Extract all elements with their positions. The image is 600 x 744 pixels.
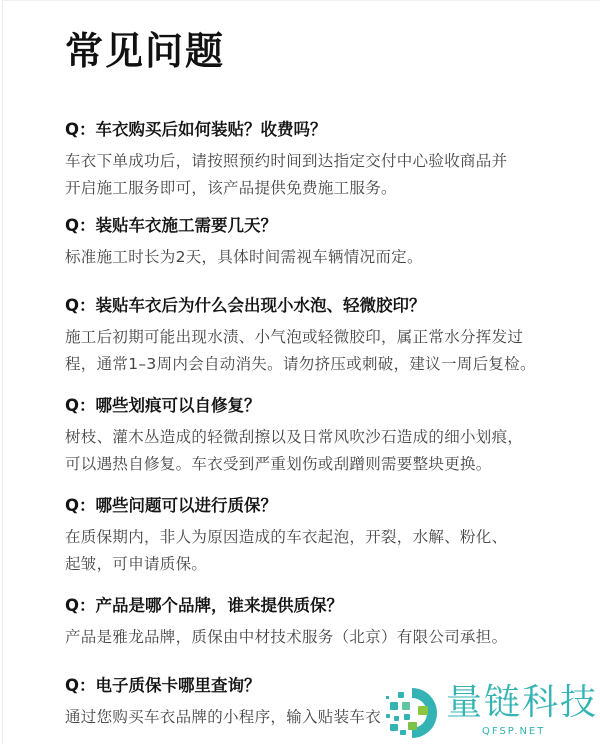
- faq-answer-line: 起皱，可申请质保。: [65, 551, 565, 578]
- faq-question: Q：哪些划痕可以自修复？: [65, 394, 565, 418]
- faq-question: Q：车衣购买后如何装贴？收费吗？: [65, 118, 565, 142]
- faq-question: Q：哪些问题可以进行质保？: [65, 494, 565, 518]
- faq-answer: 产品是雅龙品牌，质保由中材技术服务（北京）有限公司承担。: [65, 624, 565, 651]
- faq-answer-line: 产品是雅龙品牌，质保由中材技术服务（北京）有限公司承担。: [65, 624, 565, 651]
- faq-answer-line: 树枝、灌木丛造成的轻微刮擦以及日常风吹沙石造成的细小划痕，: [65, 424, 565, 451]
- faq-item: Q：哪些划痕可以自修复？ 树枝、灌木丛造成的轻微刮擦以及日常风吹沙石造成的细小划…: [65, 394, 565, 478]
- faq-question: Q：装贴车衣施工需要几天？: [65, 214, 565, 238]
- faq-page: 常见问题 Q：车衣购买后如何装贴？收费吗？ 车衣下单成功后，请按照预约时间到达指…: [2, 0, 600, 744]
- faq-answer-line: 程，通常1–3周内会自动消失。请勿挤压或刺破，建议一周后复检。: [65, 351, 565, 378]
- brand-logo-icon: [382, 684, 440, 742]
- watermark: 量链科技 QFSP.NET: [380, 680, 600, 744]
- faq-answer: 标准施工时长为2天，具体时间需视车辆情况而定。: [65, 244, 565, 271]
- faq-question: Q：装贴车衣后为什么会出现小水泡、轻微胶印？: [65, 294, 565, 318]
- faq-answer-line: 在质保期内，非人为原因造成的车衣起泡，开裂，水解、粉化、: [65, 524, 565, 551]
- faq-answer-line: 可以遇热自修复。车衣受到严重划伤或刮蹭则需要整块更换。: [65, 451, 565, 478]
- faq-answer: 车衣下单成功后，请按照预约时间到达指定交付中心验收商品并 开启施工服务即可，该产…: [65, 148, 565, 202]
- faq-answer-line: 标准施工时长为2天，具体时间需视车辆情况而定。: [65, 244, 565, 271]
- faq-answer-line: 开启施工服务即可，该产品提供免费施工服务。: [65, 175, 565, 202]
- faq-item: Q：产品是哪个品牌，谁来提供质保？ 产品是雅龙品牌，质保由中材技术服务（北京）有…: [65, 594, 565, 651]
- faq-item: Q：哪些问题可以进行质保？ 在质保期内，非人为原因造成的车衣起泡，开裂，水解、粉…: [65, 494, 565, 578]
- faq-answer: 在质保期内，非人为原因造成的车衣起泡，开裂，水解、粉化、 起皱，可申请质保。: [65, 524, 565, 578]
- faq-answer-line: 施工后初期可能出现水渍、小气泡或轻微胶印，属正常水分挥发过: [65, 324, 565, 351]
- faq-question: Q：产品是哪个品牌，谁来提供质保？: [65, 594, 565, 618]
- faq-answer: 树枝、灌木丛造成的轻微刮擦以及日常风吹沙石造成的细小划痕， 可以遇热自修复。车衣…: [65, 424, 565, 478]
- watermark-url: QFSP.NET: [482, 726, 545, 737]
- faq-answer-line: 车衣下单成功后，请按照预约时间到达指定交付中心验收商品并: [65, 148, 565, 175]
- page-title: 常见问题: [65, 29, 225, 73]
- faq-item: Q：装贴车衣施工需要几天？ 标准施工时长为2天，具体时间需视车辆情况而定。: [65, 214, 565, 271]
- faq-item: Q：装贴车衣后为什么会出现小水泡、轻微胶印？ 施工后初期可能出现水渍、小气泡或轻…: [65, 294, 565, 378]
- faq-item: Q：车衣购买后如何装贴？收费吗？ 车衣下单成功后，请按照预约时间到达指定交付中心…: [65, 118, 565, 202]
- faq-answer: 施工后初期可能出现水渍、小气泡或轻微胶印，属正常水分挥发过 程，通常1–3周内会…: [65, 324, 565, 378]
- watermark-brand-name: 量链科技: [446, 682, 598, 724]
